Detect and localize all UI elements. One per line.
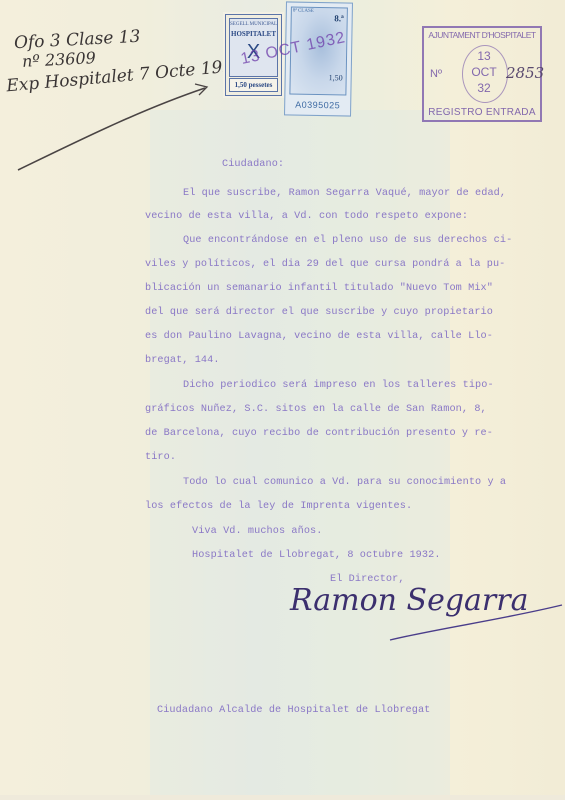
signature-flourish-icon (0, 0, 565, 795)
document-page: Ofo 3 Clase 13 nº 23609 Exp Hospitalet 7… (0, 0, 565, 795)
addressee: Ciudadano Alcalde de Hospitalet de Llobr… (157, 705, 430, 716)
